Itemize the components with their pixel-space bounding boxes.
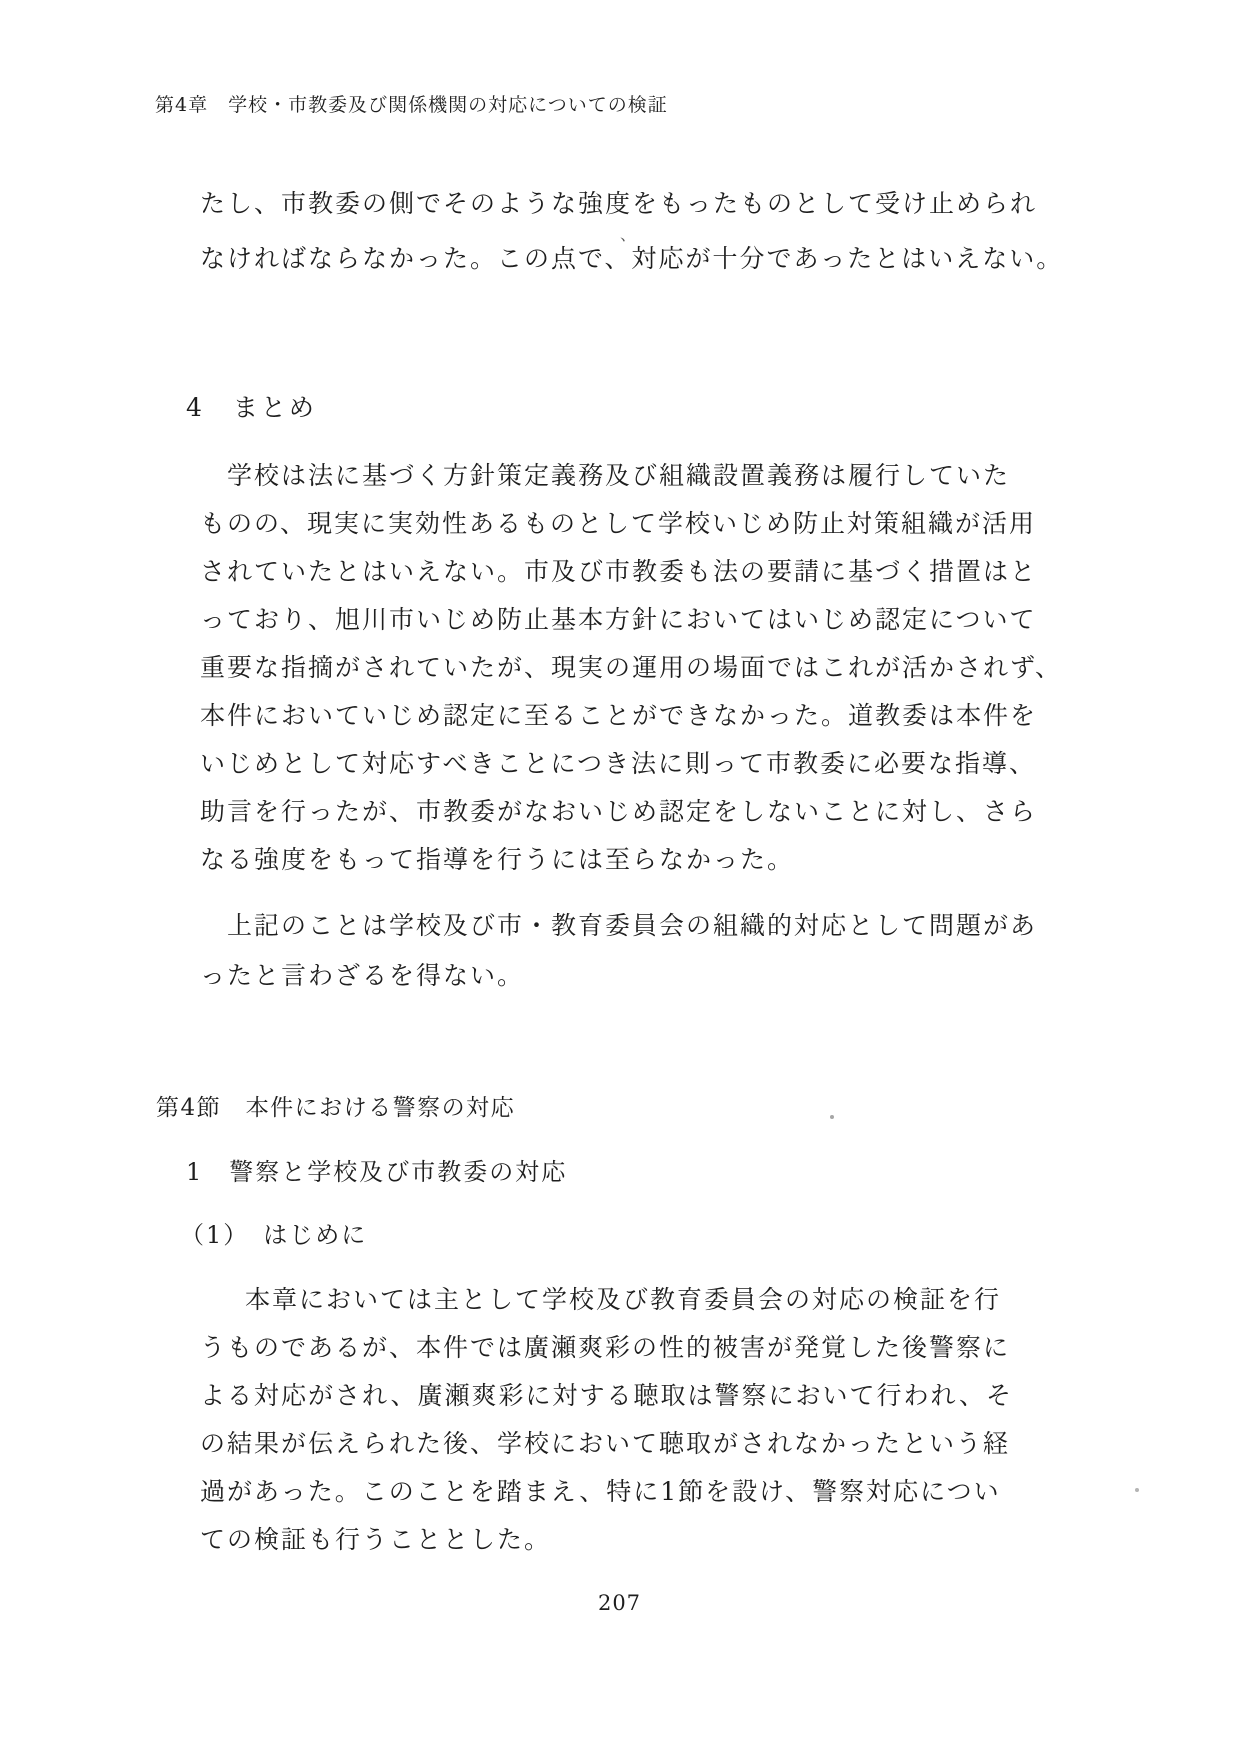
section4-sub-heading: 1 警察と学校及び市教委の対応: [186, 1152, 567, 1187]
page-number: 207: [0, 1591, 1239, 1615]
scan-artifact-dot: [1135, 1488, 1139, 1492]
text-line: 上記のことは学校及び市・教育委員会の組織的対応として問題があ: [200, 901, 1060, 951]
scan-artifact-dot: [830, 1115, 834, 1119]
text-line: いじめとして対応すべきことにつき法に則って市教委に必要な指導、: [200, 740, 1060, 788]
section4-item-heading: （1） はじめに: [180, 1215, 367, 1250]
text-line: なければならなかった。この点で、対応が十分であったとはいえない。: [200, 231, 1060, 286]
text-line: っており、旭川市いじめ防止基本方針においてはいじめ認定について: [200, 596, 1060, 644]
summary-heading: 4 まとめ: [186, 388, 317, 424]
text-line: 本章においては主として学校及び教育委員会の対応の検証を行: [200, 1276, 1060, 1324]
text-line: たし、市教委の側でそのような強度をもったものとして受け止められ: [200, 176, 1060, 231]
text-line: なる強度をもって指導を行うには至らなかった。: [200, 836, 1060, 884]
text-line: ったと言わざるを得ない。: [200, 951, 1060, 1001]
chapter-header: 第4章 学校・市教委及び関係機関の対応についての検証: [155, 90, 668, 117]
document-page: 第4章 学校・市教委及び関係機関の対応についての検証 、 たし、市教委の側でその…: [0, 0, 1239, 1754]
text-line: 過があった。このことを踏まえ、特に1節を設け、警察対応につい: [200, 1468, 1060, 1516]
hajimeni-paragraph: 本章においては主として学校及び教育委員会の対応の検証を行 うものであるが、本件で…: [200, 1276, 1060, 1564]
text-line: ての検証も行うこととした。: [200, 1516, 1060, 1564]
text-line: 重要な指摘がされていたが、現実の運用の場面ではこれが活かされず、: [200, 644, 1060, 692]
summary-paragraph-1: 学校は法に基づく方針策定義務及び組織設置義務は履行していた ものの、現実に実効性…: [200, 452, 1060, 884]
text-line: 学校は法に基づく方針策定義務及び組織設置義務は履行していた: [200, 452, 1060, 500]
text-line: の結果が伝えられた後、学校において聴取がされなかったという経: [200, 1420, 1060, 1468]
text-line: よる対応がされ、廣瀬爽彩に対する聴取は警察において行われ、そ: [200, 1372, 1060, 1420]
text-line: うものであるが、本件では廣瀬爽彩の性的被害が発覚した後警察に: [200, 1324, 1060, 1372]
section4-heading: 第4節 本件における警察の対応: [156, 1089, 515, 1122]
text-line: 本件においていじめ認定に至ることができなかった。道教委は本件を: [200, 692, 1060, 740]
text-line: 助言を行ったが、市教委がなおいじめ認定をしないことに対し、さら: [200, 788, 1060, 836]
summary-paragraph-2: 上記のことは学校及び市・教育委員会の組織的対応として問題があ ったと言わざるを得…: [200, 901, 1060, 1001]
text-line: ものの、現実に実効性あるものとして学校いじめ防止対策組織が活用: [200, 500, 1060, 548]
continuation-paragraph: たし、市教委の側でそのような強度をもったものとして受け止められ なければならなか…: [200, 176, 1060, 286]
text-line: されていたとはいえない。市及び市教委も法の要請に基づく措置はと: [200, 548, 1060, 596]
